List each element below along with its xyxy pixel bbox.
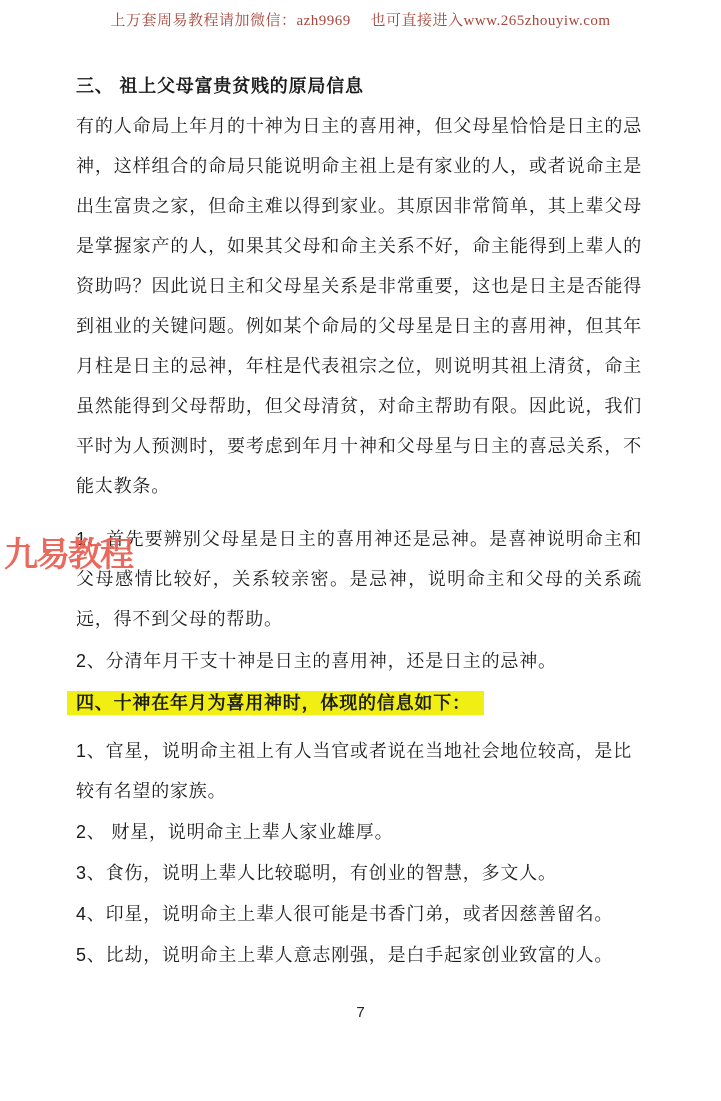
section-4-heading: 四、十神在年月为喜用神时，体现的信息如下： [76, 683, 642, 723]
page-header-text: 上万套周易教程请加微信：azh9969 也可直接进入www.265zhouyiw… [0, 9, 721, 30]
list-item: 3、食伤，说明上辈人比较聪明，有创业的智慧，多文人。 [76, 853, 642, 893]
info-list: 1、官星，说明命主祖上有人当官或者说在当地社会地位较高，是比较有名望的家族。 2… [76, 731, 642, 975]
page-number: 7 [0, 1004, 721, 1021]
point-2: 2、分清年月干支十神是日主的喜用神，还是日主的忌神。 [76, 641, 642, 681]
list-item: 5、比劫，说明命主上辈人意志刚强，是白手起家创业致富的人。 [76, 935, 642, 975]
point-1: 1、首先要辨别父母星是日主的喜用神还是忌神。是喜神说明命主和父母感情比较好，关系… [76, 519, 642, 639]
list-item: 1、官星，说明命主祖上有人当官或者说在当地社会地位较高，是比较有名望的家族。 [76, 731, 642, 811]
main-paragraph: 有的人命局上年月的十神为日主的喜用神，但父母星恰恰是日主的忌神，这样组合的命局只… [76, 106, 642, 506]
section-3-title: 三、 祖上父母富贵贫贱的原局信息 [76, 66, 642, 106]
list-item: 4、印星，说明命主上辈人很可能是书香门弟，或者因慈善留名。 [76, 894, 642, 934]
document-body: 三、 祖上父母富贵贫贱的原局信息 有的人命局上年月的十神为日主的喜用神，但父母星… [76, 66, 642, 976]
highlighted-heading-text: 四、十神在年月为喜用神时，体现的信息如下： [67, 691, 484, 715]
list-item: 2、 财星，说明命主上辈人家业雄厚。 [76, 812, 642, 852]
